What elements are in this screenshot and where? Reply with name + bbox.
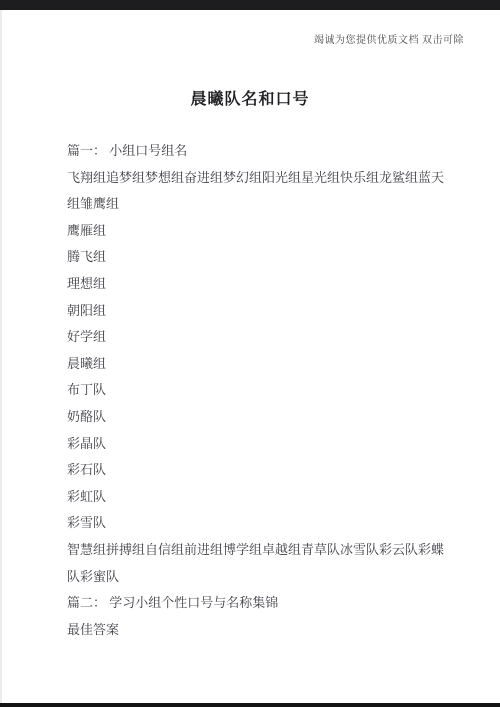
doc-line: 篇二： 学习小组个性口号与名称集锦 [67,590,440,617]
page-top-bar [0,0,500,10]
document-title: 晨曦队名和口号 [0,86,500,109]
doc-line: 彩虹队 [67,484,440,511]
doc-line: 好学组 [67,324,440,351]
doc-line: 篇一： 小组口号组名 [67,138,440,165]
doc-line: 理想组 [67,271,440,298]
doc-line: 彩石队 [67,457,440,484]
doc-line: 组雏鹰组 [67,191,440,218]
document-body: 篇一： 小组口号组名 飞翔组追梦组梦想组奋进组梦幻组阳光组星光组快乐组龙鲨组蓝天… [67,138,440,643]
doc-line: 晨曦组 [67,351,440,378]
doc-line: 朝阳组 [67,298,440,325]
doc-line: 腾飞组 [67,244,440,271]
page-bottom-bar [0,703,500,707]
doc-line: 智慧组拼搏组自信组前进组博学组卓越组青草队冰雪队彩云队彩蝶 [67,537,440,564]
watermark-text: 竭诚为您提供优质文档 双击可除 [314,31,464,46]
doc-line: 最佳答案 [67,617,440,644]
doc-line: 彩雪队 [67,510,440,537]
doc-line: 飞翔组追梦组梦想组奋进组梦幻组阳光组星光组快乐组龙鲨组蓝天 [67,165,440,192]
page-left-edge [0,10,2,707]
doc-line: 队彩蜜队 [67,564,440,591]
doc-line: 鹰雁组 [67,218,440,245]
doc-line: 奶酪队 [67,404,440,431]
doc-line: 彩晶队 [67,431,440,458]
document-page: 竭诚为您提供优质文档 双击可除 晨曦队名和口号 篇一： 小组口号组名 飞翔组追梦… [0,0,500,707]
doc-line: 布丁队 [67,377,440,404]
